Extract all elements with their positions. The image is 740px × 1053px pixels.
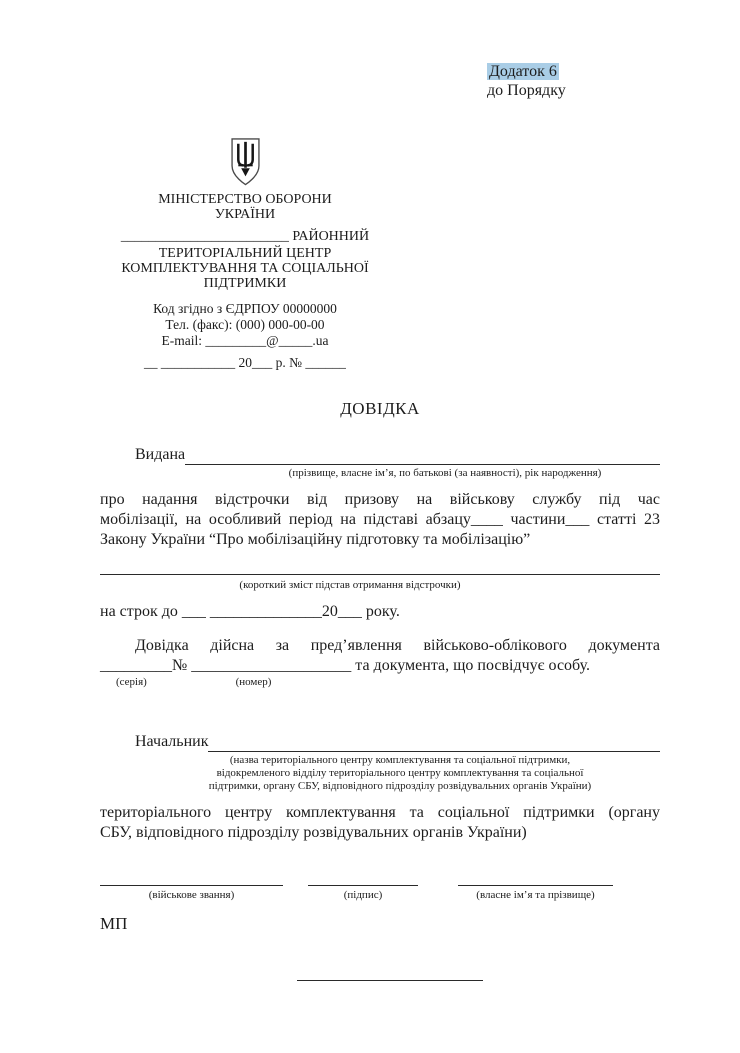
authority-header: МІНІСТЕРСТВО ОБОРОНИ УКРАЇНИ ___________…: [100, 0, 390, 371]
issued-to-caption: (прізвище, власне ім’я, по батькові (за …: [100, 467, 660, 480]
validity-line1: Довідка дійсна за пред’явлення військово…: [100, 636, 660, 656]
rank-caption: (військове звання): [100, 889, 283, 902]
ministry-name-line2: УКРАЇНИ: [100, 207, 390, 222]
deferral-line3: Закону України “Про мобілізаційну підгот…: [100, 530, 660, 550]
chief-org-line2: СБУ, відповідного підрозділу розвідуваль…: [100, 823, 660, 843]
rayon-blank-line: ________________________ РАЙОННИЙ: [100, 229, 390, 244]
center-name-line1: ТЕРИТОРІАЛЬНИЙ ЦЕНТР: [100, 246, 390, 261]
chief-org-line1: територіального центру комплектування та…: [100, 803, 660, 823]
rank-blank-line: [100, 885, 283, 886]
ukraine-trident-emblem-icon: [229, 138, 262, 186]
bottom-blank-line: [297, 980, 483, 981]
phone-fax: Тел. (факс): (000) 000-00-00: [100, 317, 390, 333]
chief-captions: (назва територіального центру комплектув…: [100, 754, 660, 793]
chief-row: Начальник: [100, 732, 660, 752]
reason-blank-line: [100, 574, 660, 575]
edrpou-code: Код згідно з ЄДРПОУ 00000000: [100, 301, 390, 317]
deferral-line1: про надання відстрочки від призову на ві…: [100, 490, 660, 510]
issued-to-row: Видана: [100, 445, 660, 465]
chief-caption-line2: відокремленого відділу територіального ц…: [140, 767, 660, 780]
nomer-caption: (номер): [236, 676, 272, 689]
sign-caption: (підпис): [308, 889, 418, 902]
chief-org-paragraph: територіального центру комплектування та…: [100, 803, 660, 843]
deferral-line2: мобілізації, на особливий період на підс…: [100, 510, 660, 530]
term-line: на строк до ___ ______________20___ року…: [100, 602, 660, 622]
name-blank-line: [458, 885, 613, 886]
reason-caption: (короткий зміст підстав отримання відстр…: [100, 579, 660, 592]
sign-blank-line: [308, 885, 418, 886]
date-number-line: __ ___________ 20___ р. № ______: [100, 355, 390, 371]
chief-blank-line: [208, 734, 660, 752]
seriya-caption: (серія): [116, 676, 147, 689]
center-name-line3: ПІДТРИМКИ: [100, 276, 390, 291]
document-title: ДОВІДКА: [100, 399, 660, 419]
validity-paragraph: Довідка дійсна за пред’явлення військово…: [100, 636, 660, 690]
deferral-paragraph: про надання відстрочки від призову на ві…: [100, 490, 660, 550]
chief-caption-line1: (назва територіального центру комплектув…: [140, 754, 660, 767]
seal-place-label: МП: [100, 914, 660, 934]
certificate-document-page: Додаток 6 до Порядку МІНІСТЕРСТВО ОБОРОН…: [0, 0, 740, 1053]
serial-captions-row: (серія) (номер): [100, 676, 660, 690]
issued-to-label: Видана: [100, 445, 185, 465]
issued-to-blank-line: [185, 447, 660, 465]
validity-line2: _________№ ____________________ та докум…: [100, 656, 660, 676]
center-name-line2: КОМПЛЕКТУВАННЯ ТА СОЦІАЛЬНОЇ: [100, 261, 390, 276]
signature-name-column: (власне ім’я та прізвище): [458, 885, 613, 902]
signature-row: (військове звання) (підпис) (власне ім’я…: [100, 885, 660, 902]
name-caption: (власне ім’я та прізвище): [458, 889, 613, 902]
signature-rank-column: (військове звання): [100, 885, 283, 902]
chief-caption-line3: підтримки, органу СБУ, відповідного підр…: [140, 780, 660, 793]
signature-sign-column: (підпис): [308, 885, 418, 902]
chief-label: Начальник: [100, 732, 208, 752]
email-line: E-mail: _________@_____.ua: [100, 333, 390, 349]
ministry-name-line1: МІНІСТЕРСТВО ОБОРОНИ: [100, 192, 390, 207]
